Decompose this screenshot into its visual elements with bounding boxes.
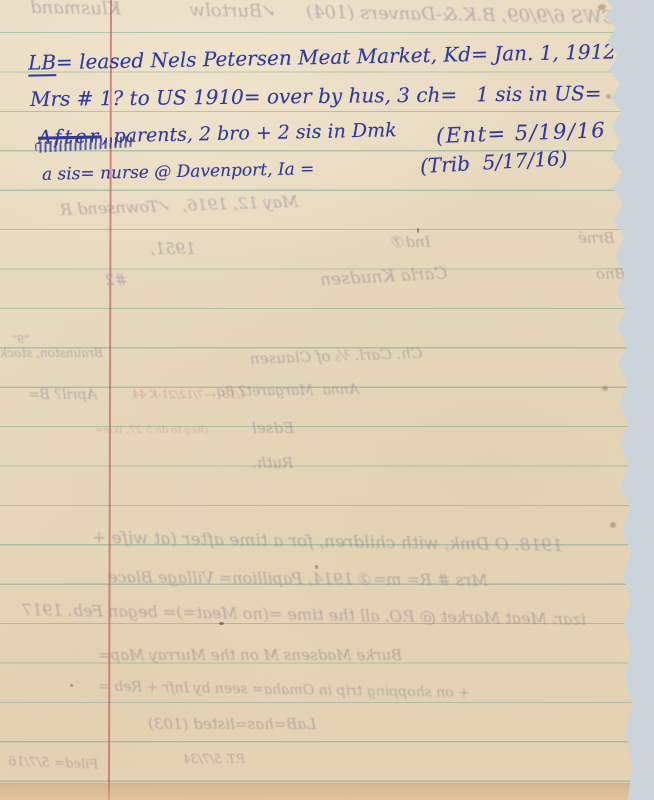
torn-edge-stain [598,4,606,10]
handwriting-line-4: a sis= nurse @ Davenport, Ia = [42,159,315,185]
tribune-date-note: (Trib 5/17/16) [419,146,568,178]
paper-speck [219,622,224,625]
handwriting-layer: LB= leased Nels Petersen Meat Market, Kd… [0,0,632,800]
line3-text: , parents, 2 bro + 2 sis in Dmk [101,119,397,147]
paper-speck [70,684,73,687]
paper-speck [417,228,419,233]
underlined-initials: LB [28,50,56,77]
line4-text: a sis= nurse @ Davenport, Ia = [42,159,315,185]
scanned-page: CWS 6/9/09, B.K.&-Danvers (104) ✓Burtolw… [0,0,654,800]
page-bottom-edge [0,783,632,800]
torn-edge-stain [602,386,608,391]
line2-text: Mrs # 1? to US 1910= over by hus, 3 ch= … [30,81,602,111]
torn-edge-stain [606,94,611,99]
handwriting-line-1: LB= leased Nels Petersen Meat Market, Kd… [28,39,616,74]
notebook-paper: CWS 6/9/09, B.K.&-Danvers (104) ✓Burtolw… [0,0,632,800]
torn-edge-stain [610,522,616,528]
entered-date-note: (Ent= 5/19/16 [436,118,607,148]
paper-speck [315,565,318,569]
note4-text: (Trib 5/17/16) [419,146,568,178]
line1-text: = leased Nels Petersen Meat Market, Kd= … [56,39,616,74]
handwriting-line-2: Mrs # 1? to US 1910= over by hus, 3 ch= … [30,81,602,111]
note3-text: (Ent= 5/19/16 [436,118,607,148]
